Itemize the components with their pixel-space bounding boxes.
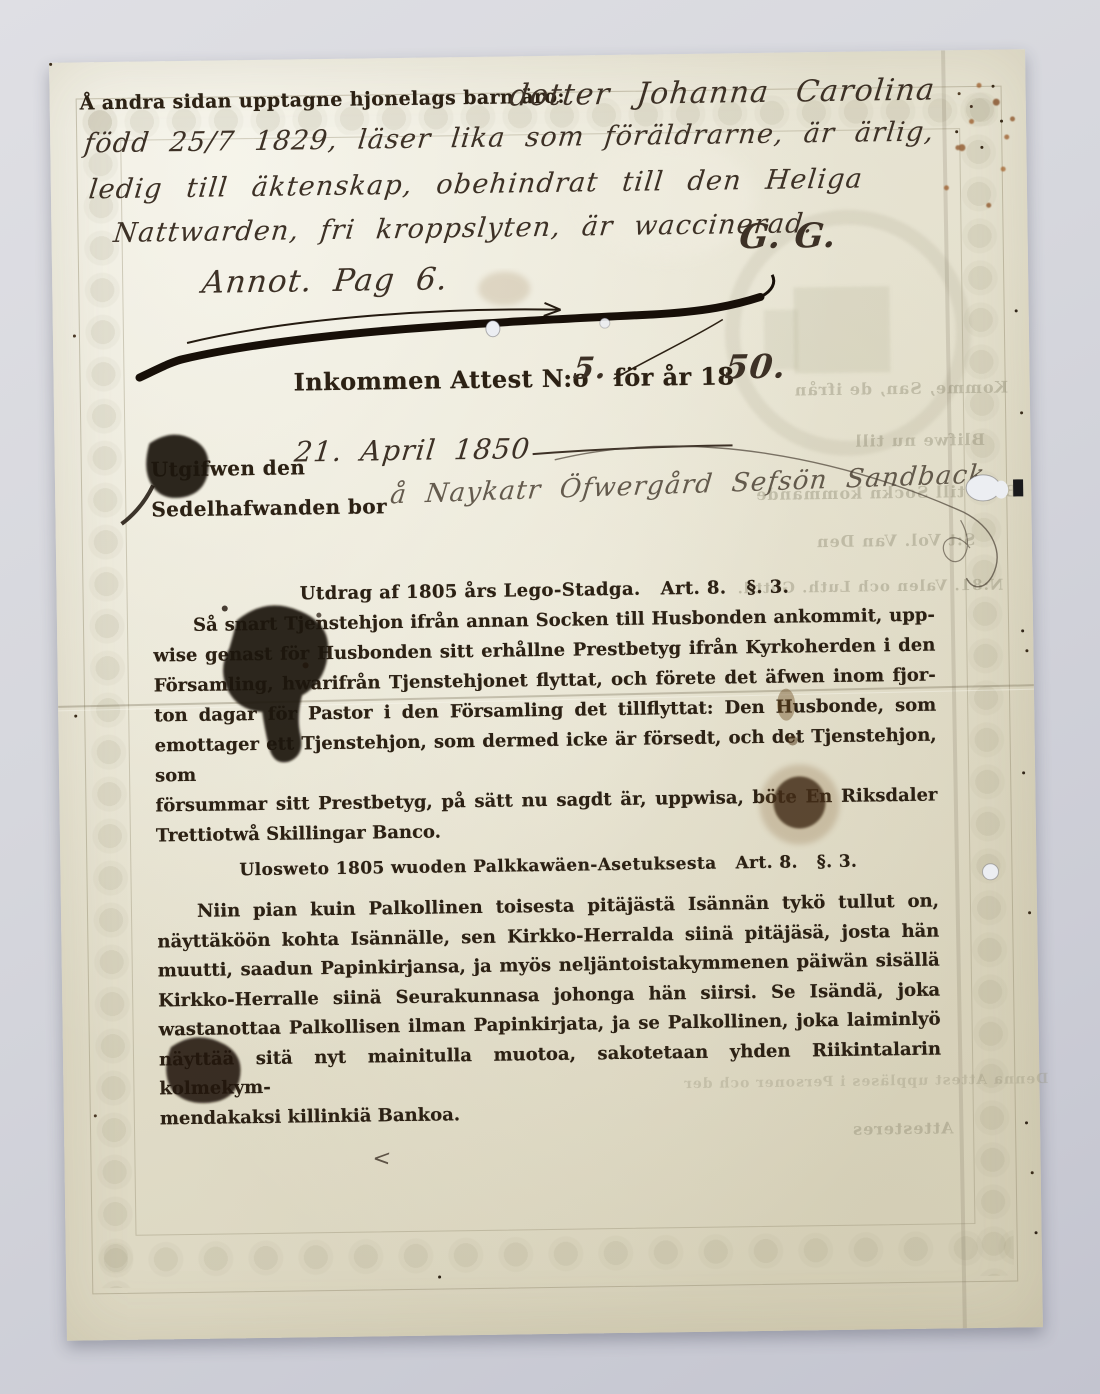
header-handwritten-child-name: dotter Johanna Carolina bbox=[508, 72, 937, 113]
attest-year-handwritten: 50. bbox=[723, 347, 788, 387]
seal-building-ghost bbox=[793, 286, 890, 373]
verso-text-ghost: Komme, San, de ifrån bbox=[794, 378, 1009, 400]
attest-number-handwritten: 5. bbox=[572, 351, 610, 387]
dirt-specks bbox=[49, 63, 52, 66]
verso-text-ghost: S:t Vol. Van Den bbox=[816, 530, 976, 551]
finnish-paragraph: Niin pian kuin Palkollinen toisesta pitä… bbox=[157, 887, 942, 1134]
clerk-initials: G. G. bbox=[737, 216, 839, 257]
holder-residence-label: Sedelhafwanden bor bbox=[151, 494, 387, 521]
swedish-paragraph-line: emottager ett Tjenstehjon, som dermed ic… bbox=[154, 721, 937, 792]
issued-date-handwritten: 21. April 1850 bbox=[293, 432, 532, 468]
verso-text-ghost: Blifwe nu till bbox=[854, 430, 985, 451]
attest-printed-prefix: Inkommen Attest N:o bbox=[293, 363, 589, 396]
annotation-note: Annot. Pag 6. bbox=[200, 261, 450, 300]
swedish-paragraph: Så snart Tjenstehjon ifrån annan Socken … bbox=[153, 601, 938, 852]
photo-backdrop: Komme, San, de ifrån Blifwe nu till Bilj… bbox=[0, 0, 1100, 1394]
issued-date-label: Utgifwen den bbox=[151, 455, 306, 481]
finnish-paragraph-line: näyttää sitä nyt mainitulla muotoa, sako… bbox=[159, 1034, 942, 1104]
document-paper: Komme, San, de ifrån Blifwe nu till Bilj… bbox=[49, 49, 1043, 1341]
foxing-spots bbox=[955, 145, 960, 150]
caret-pen-mark: < bbox=[371, 1146, 393, 1171]
attest-printed-year-prefix: för år 18 bbox=[613, 361, 734, 392]
